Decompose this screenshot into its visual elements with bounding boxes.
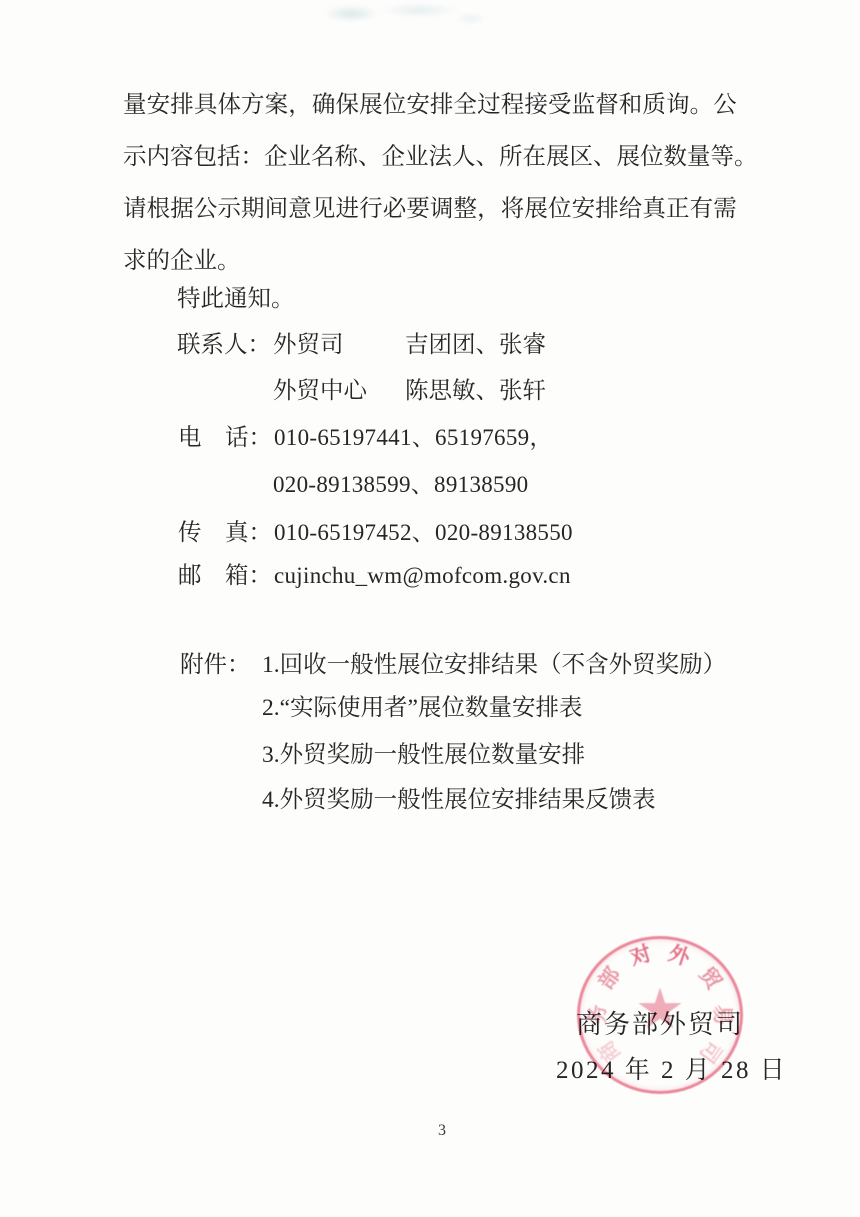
notice-line: 特此通知。 [177, 284, 295, 314]
contact-org: 外贸司 [273, 330, 405, 360]
email-row: 邮 箱： cujinchu_wm@mofcom.gov.cn [178, 561, 571, 591]
body-line: 示内容包括：企业名称、企业法人、所在展区、展位数量等。 [123, 142, 737, 172]
attachments-label: 附件： [180, 650, 262, 680]
fax-label: 传 真： [178, 518, 274, 548]
contact-names: 吉团团、张睿 [405, 330, 546, 360]
body-line: 求的企业。 [123, 246, 737, 276]
body-line: 量安排具体方案，确保展位安排全过程接受监督和质询。公 [123, 90, 737, 120]
body-line: 请根据公示期间意见进行必要调整，将展位安排给真正有需 [123, 194, 737, 224]
page-number: 3 [438, 1122, 446, 1140]
attachment-item: 2.“实际使用者”展位数量安排表 [262, 693, 583, 723]
contact-names: 陈思敏、张轩 [405, 376, 546, 406]
fax-row: 传 真： 010-65197452、020-89138550 [178, 518, 573, 548]
signature-date: 2024 年 2 月 28 日 [556, 1050, 787, 1086]
scan-smudge [295, 0, 495, 34]
attachment-item: 4.外贸奖励一般性展位安排结果反馈表 [262, 785, 656, 815]
email-address: cujinchu_wm@mofcom.gov.cn [274, 561, 571, 591]
email-label: 邮 箱： [178, 561, 274, 591]
phone-label: 电 话： [178, 423, 274, 453]
document-page: 量安排具体方案，确保展位安排全过程接受监督和质询。公 示内容包括：企业名称、企业… [0, 0, 860, 1217]
signature-org: 商务部外贸司 [576, 1004, 744, 1041]
phone-numbers: 010-65197441、65197659， [274, 423, 553, 453]
attachment-item: 3.外贸奖励一般性展位数量安排 [262, 740, 585, 770]
attachments-row: 附件： 1.回收一般性展位安排结果（不含外贸奖励） [180, 650, 726, 680]
contact-label: 联系人： [177, 330, 273, 360]
contact-row: 联系人： 外贸司 吉团团、张睿 [177, 330, 546, 360]
phone-row: 020-89138599、89138590 [273, 470, 528, 500]
phone-row: 电 话： 010-65197441、65197659， [178, 423, 553, 453]
phone-numbers: 020-89138599、89138590 [273, 472, 528, 497]
contact-row: 外贸中心 陈思敏、张轩 [273, 376, 546, 406]
contact-org: 外贸中心 [273, 376, 405, 406]
attachment-item: 1.回收一般性展位安排结果（不含外贸奖励） [262, 650, 726, 680]
fax-numbers: 010-65197452、020-89138550 [274, 518, 573, 548]
